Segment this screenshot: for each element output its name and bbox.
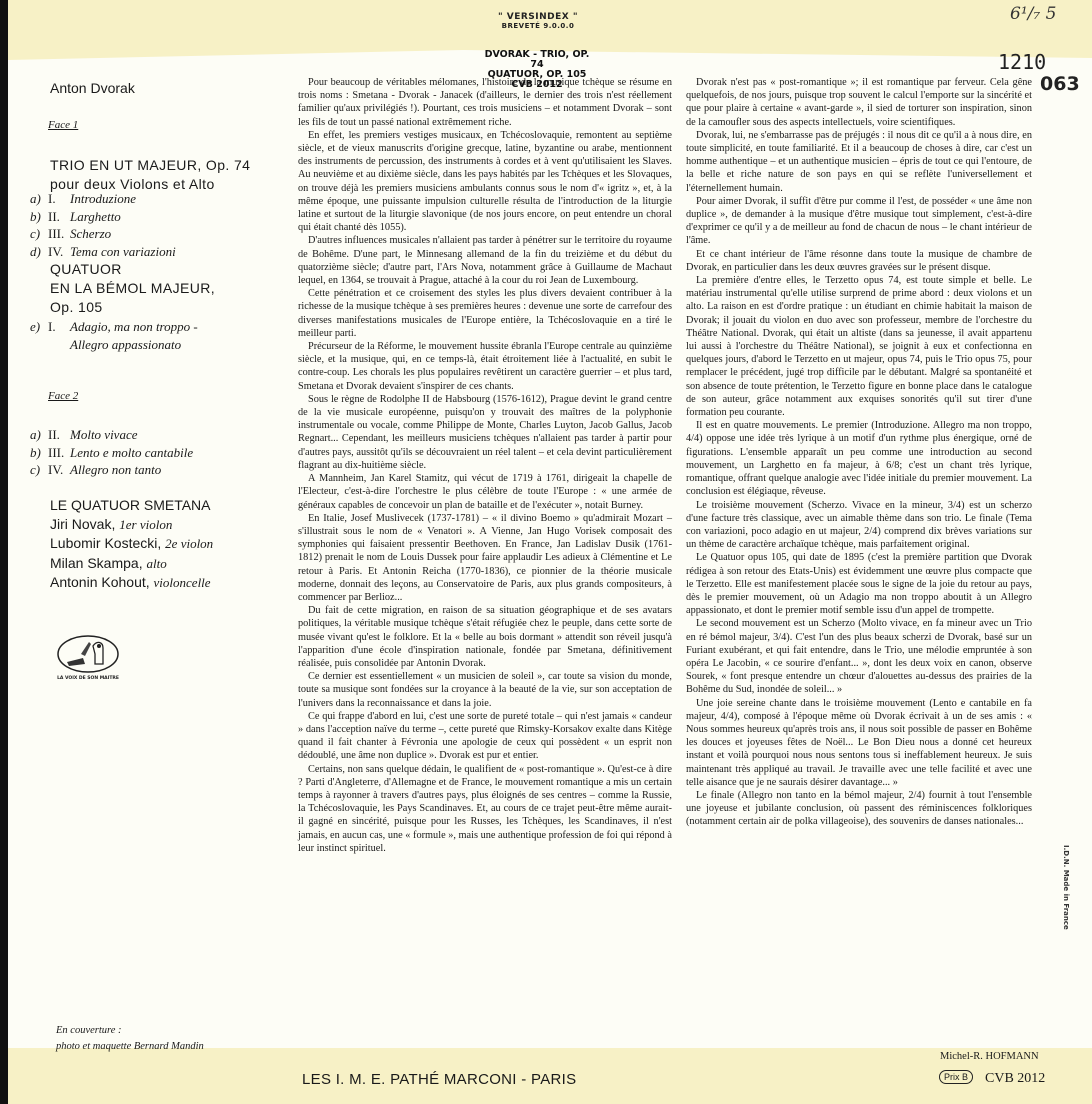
movement-item: e) I. Adagio, ma non troppo - <box>30 318 198 336</box>
article-paragraph: En effet, les premiers vestiges musicaux… <box>298 129 672 235</box>
stamp-number-2: 063 <box>1040 73 1080 95</box>
versindex-sticker: " VERSINDEX " BREVETÉ 9.0.0.0 <box>488 12 588 30</box>
movement-number: IV. <box>48 461 70 479</box>
work-1-title: TRIO EN UT MAJEUR, Op. 74 pour deux Viol… <box>50 156 250 194</box>
movement-name: Molto vivace <box>70 426 138 444</box>
side-printer-mark: I.D.N. Made in France <box>1062 845 1070 930</box>
movement-name: Scherzo <box>70 225 111 243</box>
movement-name: Larghetto <box>70 208 121 226</box>
article-paragraph: A Mannheim, Jan Karel Stamitz, qui vécut… <box>298 472 672 512</box>
article-paragraph: Sous le règne de Rodolphe II de Habsbour… <box>298 393 672 472</box>
article-paragraph: Dvorak, lui, ne s'embarrasse pas de préj… <box>686 129 1032 195</box>
article-paragraph: Ce dernier est essentiellement « un musi… <box>298 670 672 710</box>
movement-item: b) II. Larghetto <box>30 208 176 226</box>
movement-letter: a) <box>30 190 48 208</box>
movement-name: Introduzione <box>70 190 136 208</box>
composer-name: Anton Dvorak <box>50 80 135 96</box>
article-paragraph: Le Quatuor opus 105, qui date de 1895 (c… <box>686 551 1032 617</box>
movement-number: II. <box>48 426 70 444</box>
work-1-movements: a) I. Introduzione b) II. Larghetto c) I… <box>30 190 176 260</box>
stamp-number-1: 1210 <box>998 50 1046 74</box>
ensemble-member: Antonin Kohout, violoncelle <box>50 573 213 593</box>
work-2-title-line1: QUATUOR <box>50 260 215 279</box>
article-paragraph: Certains, non sans quelque dédain, le qu… <box>298 763 672 855</box>
ensemble-credits: LE QUATUOR SMETANA Jiri Novak, 1er violo… <box>50 496 213 593</box>
ensemble-member: Jiri Novak, 1er violon <box>50 515 213 535</box>
work-2-title-line3: Op. 105 <box>50 298 215 317</box>
ensemble-member: Milan Skampa, alto <box>50 554 213 574</box>
member-name: Antonin Kohout, <box>50 574 150 590</box>
article-paragraph: Cette pénétration et ce croisement des s… <box>298 287 672 340</box>
catalog-code: CVB 2012 <box>985 1071 1045 1087</box>
article-paragraph: Le second mouvement est un Scherzo (Molt… <box>686 617 1032 696</box>
work-2-title: QUATUOR EN LA BÉMOL MAJEUR, Op. 105 <box>50 260 215 317</box>
work-2-movements: e) I. Adagio, ma non troppo - Allegro ap… <box>30 318 198 353</box>
movement-item: b) III. Lento e molto cantabile <box>30 444 193 462</box>
article-paragraph: Et ce chant intérieur de l'âme résonne d… <box>686 248 1032 274</box>
article-column-1: Pour beaucoup de véritables mélomanes, l… <box>298 76 672 855</box>
author-signature: Michel-R. HOFMANN <box>940 1051 1039 1062</box>
movement-letter: e) <box>30 318 48 336</box>
movement-name: Lento e molto cantabile <box>70 444 193 462</box>
article-paragraph: Ce qui frappe d'abord en lui, c'est une … <box>298 710 672 763</box>
movement-name: Allegro non tanto <box>70 461 161 479</box>
face-1-label: Face 1 <box>48 119 78 131</box>
movement-letter: d) <box>30 243 48 261</box>
article-column-2: Dvorak n'est pas « post-romantique »; il… <box>686 76 1032 829</box>
article-paragraph: D'autres influences musicales n'allaient… <box>298 234 672 287</box>
ensemble-name: LE QUATUOR SMETANA <box>50 496 213 515</box>
ensemble-member: Lubomir Kostecki, 2e violon <box>50 534 213 554</box>
face-2-label: Face 2 <box>48 390 78 402</box>
article-paragraph: Une joie sereine chante dans le troisièm… <box>686 697 1032 789</box>
handwritten-note: 6¹/₇ 5 <box>1010 4 1056 24</box>
member-name: Milan Skampa, <box>50 555 143 571</box>
article-paragraph: Pour beaucoup de véritables mélomanes, l… <box>298 76 672 129</box>
movement-letter: a) <box>30 426 48 444</box>
article-paragraph: Du fait de cette migration, en raison de… <box>298 604 672 670</box>
movement-number: III. <box>48 444 70 462</box>
movement-number: II. <box>48 208 70 226</box>
cover-credit: En couverture : photo et maquette Bernar… <box>56 1023 204 1055</box>
movement-item: d) IV. Tema con variazioni <box>30 243 176 261</box>
member-role: 2e violon <box>165 536 213 551</box>
catalog-header-line1: DVORAK - TRIO, OP. 74 <box>484 50 590 70</box>
article-paragraph: Précurseur de la Réforme, le mouvement h… <box>298 340 672 393</box>
article-paragraph: Le troisième mouvement (Scherzo. Vivace … <box>686 499 1032 552</box>
article-paragraph: Le finale (Allegro non tanto en la bémol… <box>686 789 1032 829</box>
article-paragraph: Il est en quatre mouvements. Le premier … <box>686 419 1032 498</box>
face-2-movements: a) II. Molto vivace b) III. Lento e molt… <box>30 426 193 479</box>
member-name: Lubomir Kostecki, <box>50 535 161 551</box>
movement-number: I. <box>48 190 70 208</box>
work-1-title-line1: TRIO EN UT MAJEUR, Op. 74 <box>50 156 250 175</box>
movement-name: Adagio, ma non troppo - <box>70 318 198 336</box>
member-name: Jiri Novak, <box>50 516 115 532</box>
article-paragraph: Dvorak n'est pas « post-romantique »; il… <box>686 76 1032 129</box>
movement-item: a) II. Molto vivace <box>30 426 193 444</box>
member-role: alto <box>146 556 166 571</box>
publisher-label: LES I. M. E. PATHÉ MARCONI - PARIS <box>302 1071 576 1088</box>
movement-item: c) IV. Allegro non tanto <box>30 461 193 479</box>
member-role: violoncelle <box>154 575 211 590</box>
movement-letter: c) <box>30 461 48 479</box>
svg-text:LA VOIX DE SON MAITRE: LA VOIX DE SON MAITRE <box>57 675 119 681</box>
movement-item-continued: Allegro appassionato <box>30 336 198 354</box>
sticker-line1: " VERSINDEX " <box>488 12 588 22</box>
his-masters-voice-logo-icon: LA VOIX DE SON MAITRE <box>55 634 121 682</box>
movement-number: I. <box>48 318 70 336</box>
movement-item: a) I. Introduzione <box>30 190 176 208</box>
movement-name: Tema con variazioni <box>70 243 176 261</box>
movement-number: III. <box>48 225 70 243</box>
sticker-line2: BREVETÉ 9.0.0.0 <box>488 22 588 30</box>
cover-credit-line2: photo et maquette Bernard Mandin <box>56 1039 204 1055</box>
cover-credit-line1: En couverture : <box>56 1023 204 1039</box>
article-paragraph: En Italie, Josef Muslivecek (1737-1781) … <box>298 512 672 604</box>
movement-number: IV. <box>48 243 70 261</box>
work-2-title-line2: EN LA BÉMOL MAJEUR, <box>50 279 215 298</box>
movement-letter: b) <box>30 208 48 226</box>
article-paragraph: Pour aimer Dvorak, il suffit d'être pur … <box>686 195 1032 248</box>
movement-item: c) III. Scherzo <box>30 225 176 243</box>
movement-letter: b) <box>30 444 48 462</box>
movement-letter: c) <box>30 225 48 243</box>
sleeve-edge <box>0 0 8 1104</box>
movement-name-continued: Allegro appassionato <box>70 336 181 354</box>
member-role: 1er violon <box>119 517 172 532</box>
price-badge: Prix B <box>939 1070 973 1084</box>
article-paragraph: La première d'entre elles, le Terzetto o… <box>686 274 1032 419</box>
